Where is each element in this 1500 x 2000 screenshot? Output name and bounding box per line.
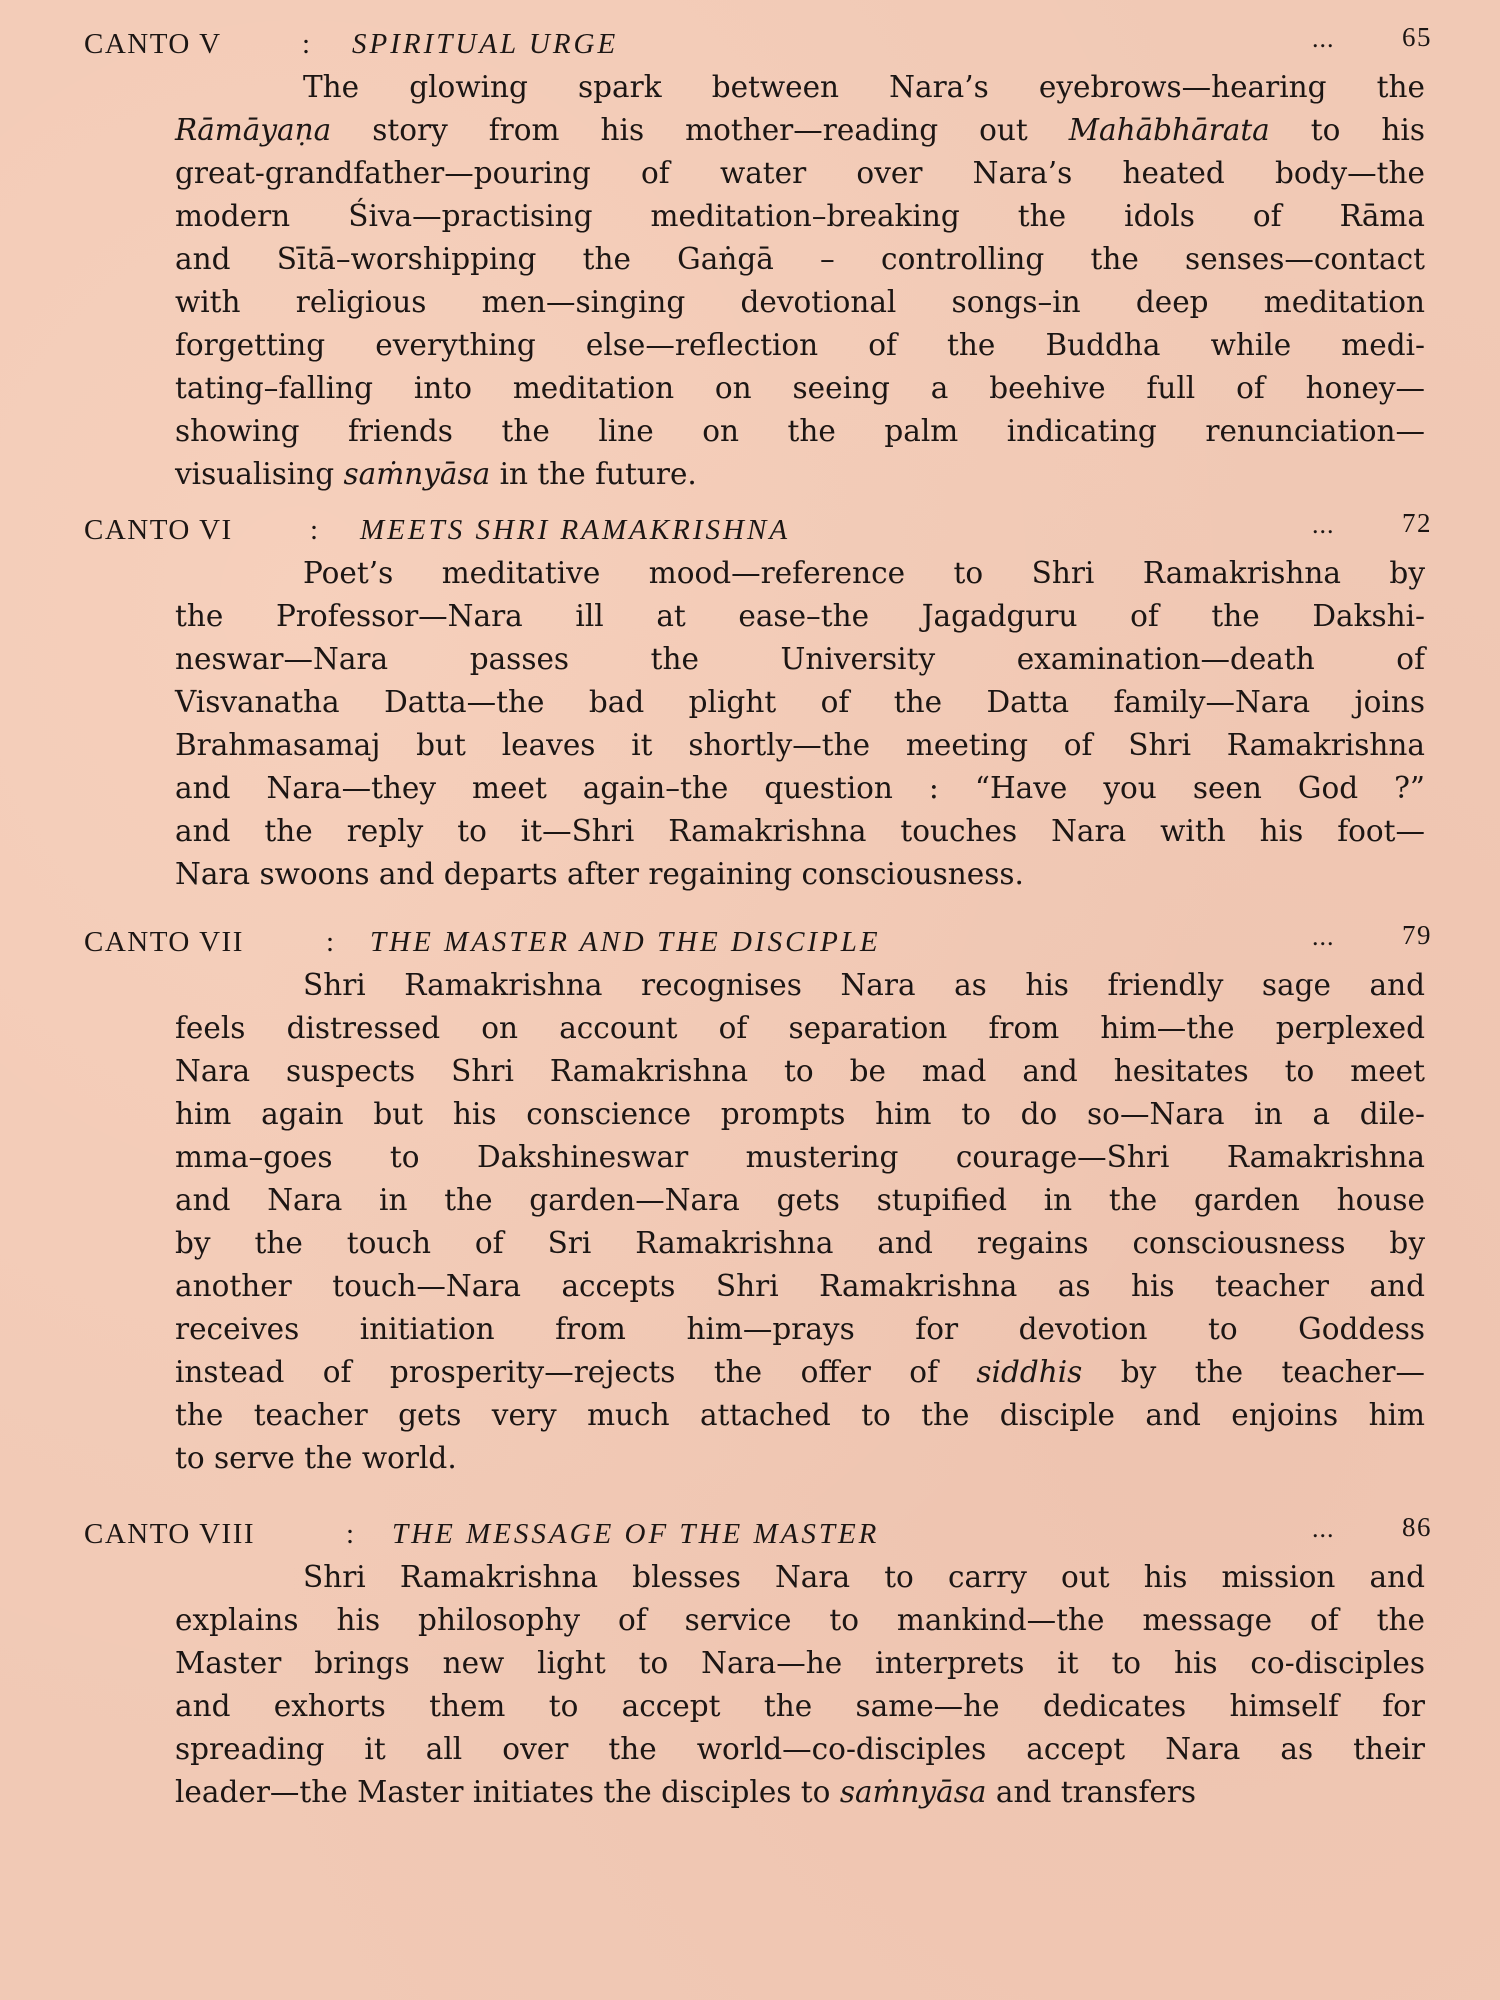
summary-line: and exhorts them to accept the same—he d… xyxy=(175,1685,1425,1728)
canto-title: THE MESSAGE OF THE MASTER xyxy=(392,1518,879,1551)
summary-line-text: and Nara in the garden—Nara gets stupifi… xyxy=(175,1179,1425,1222)
summary-line: Poet’s meditative mood—reference to Shri… xyxy=(175,552,1425,595)
text-segment: explains his philosophy of service to ma… xyxy=(175,1603,1425,1637)
summary-line-text: and Nara—they meet again–the question : … xyxy=(175,767,1425,810)
canto-separator: : xyxy=(346,1518,356,1551)
text-segment: spreading it all over the world—co-disci… xyxy=(175,1732,1425,1766)
summary-line-text: Master brings new light to Nara—he inter… xyxy=(175,1642,1425,1685)
summary-line-text: neswar—Nara passes the University examin… xyxy=(175,638,1425,681)
summary-line-text: Visvanatha Datta—the bad plight of the D… xyxy=(175,681,1425,724)
text-segment: by the touch of Sri Ramakrishna and rega… xyxy=(175,1226,1425,1260)
text-segment: feels distressed on account of separatio… xyxy=(175,1011,1425,1045)
book-page: CANTO V : SPIRITUAL URGE ... 65 The glow… xyxy=(0,0,1500,2000)
canto-separator: : xyxy=(302,28,312,61)
summary-line-text: and the reply to it—Shri Ramakrishna tou… xyxy=(175,810,1425,853)
summary-line-text: the Professor—Nara ill at ease–the Jagad… xyxy=(175,595,1425,638)
summary-line: Nara swoons and departs after regaining … xyxy=(175,853,1425,896)
summary-line-text: modern Śiva—practising meditation–breaki… xyxy=(175,195,1425,238)
summary-line-text: Nara suspects Shri Ramakrishna to be mad… xyxy=(175,1050,1425,1093)
summary-line: visualising saṁnyāsa in the future. xyxy=(175,453,1425,496)
dot-leader: ... xyxy=(1312,922,1335,952)
page-number: 72 xyxy=(1402,508,1432,539)
text-segment: instead of prosperity—rejects the offer … xyxy=(175,1355,976,1389)
canto-viii-section: CANTO VIII : THE MESSAGE OF THE MASTER .… xyxy=(0,1510,1500,1814)
canto-header: CANTO VI : MEETS SHRI RAMAKRISHNA ... 72 xyxy=(0,506,1500,550)
summary-line: him again but his conscience prompts him… xyxy=(175,1093,1425,1136)
canto-label: CANTO V xyxy=(84,28,222,61)
text-segment: and Sītā–worshipping the Gaṅgā – control… xyxy=(175,242,1425,276)
summary-line-text: Poet’s meditative mood—reference to Shri… xyxy=(303,552,1425,595)
text-segment: the Professor—Nara ill at ease–the Jagad… xyxy=(175,599,1425,633)
summary-line: with religious men—singing devotional so… xyxy=(175,281,1425,324)
canto-vii-section: CANTO VII : THE MASTER AND THE DISCIPLE … xyxy=(0,918,1500,1480)
text-segment: showing friends the line on the palm ind… xyxy=(175,414,1425,448)
summary-line: feels distressed on account of separatio… xyxy=(175,1007,1425,1050)
italic-term: siddhis xyxy=(976,1355,1082,1389)
summary-line: and Nara in the garden—Nara gets stupifi… xyxy=(175,1179,1425,1222)
text-segment: and exhorts them to accept the same—he d… xyxy=(175,1689,1425,1723)
dot-leader: ... xyxy=(1312,510,1335,540)
summary-line: neswar—Nara passes the University examin… xyxy=(175,638,1425,681)
text-segment: receives initiation from him—prays for d… xyxy=(175,1312,1425,1346)
page-number: 86 xyxy=(1402,1512,1432,1543)
italic-term: saṁnyāsa xyxy=(344,457,491,491)
summary-line: and Nara—they meet again–the question : … xyxy=(175,767,1425,810)
summary-line: tating–falling into meditation on seeing… xyxy=(175,367,1425,410)
summary-line-text: with religious men—singing devotional so… xyxy=(175,281,1425,324)
text-segment: in the future. xyxy=(490,457,697,491)
summary-line: modern Śiva—practising meditation–breaki… xyxy=(175,195,1425,238)
text-segment: Shri Ramakrishna recognises Nara as his … xyxy=(303,968,1425,1002)
summary-line: Shri Ramakrishna blesses Nara to carry o… xyxy=(175,1556,1425,1599)
text-segment: and Nara in the garden—Nara gets stupifi… xyxy=(175,1183,1425,1217)
summary-line: the Professor—Nara ill at ease–the Jagad… xyxy=(175,595,1425,638)
summary-line-text: visualising saṁnyāsa in the future. xyxy=(175,453,1425,496)
canto-vi-section: CANTO VI : MEETS SHRI RAMAKRISHNA ... 72… xyxy=(0,506,1500,896)
text-segment: and Nara—they meet again–the question : … xyxy=(175,771,1425,805)
italic-term: Mahābhārata xyxy=(1069,113,1270,147)
summary-line: to serve the world. xyxy=(175,1437,1425,1480)
text-segment: story from his mother—reading out xyxy=(331,113,1069,147)
summary-line: receives initiation from him—prays for d… xyxy=(175,1308,1425,1351)
canto-header: CANTO VIII : THE MESSAGE OF THE MASTER .… xyxy=(0,1510,1500,1554)
page-number: 65 xyxy=(1402,22,1432,53)
canto-summary: The glowing spark between Nara’s eyebrow… xyxy=(175,66,1425,496)
summary-line-text: Brahmasamaj but leaves it shortly—the me… xyxy=(175,724,1425,767)
summary-line-text: showing friends the line on the palm ind… xyxy=(175,410,1425,453)
summary-line-text: another touch—Nara accepts Shri Ramakris… xyxy=(175,1265,1425,1308)
summary-line-text: instead of prosperity—rejects the offer … xyxy=(175,1351,1425,1394)
summary-line-text: tating–falling into meditation on seeing… xyxy=(175,367,1425,410)
text-segment: great-grandfather—pouring of water over … xyxy=(175,156,1425,190)
canto-separator: : xyxy=(310,514,320,547)
summary-line-text: explains his philosophy of service to ma… xyxy=(175,1599,1425,1642)
summary-line-text: feels distressed on account of separatio… xyxy=(175,1007,1425,1050)
summary-line-text: Nara swoons and departs after regaining … xyxy=(175,853,1425,896)
summary-line-text: forgetting everything else—reflection of… xyxy=(175,324,1425,367)
text-segment: mma–goes to Dakshineswar mustering coura… xyxy=(175,1140,1425,1174)
text-segment: Master brings new light to Nara—he inter… xyxy=(175,1646,1425,1680)
text-segment: and the reply to it—Shri Ramakrishna tou… xyxy=(175,814,1425,848)
text-segment: forgetting everything else—reflection of… xyxy=(175,328,1425,362)
dot-leader: ... xyxy=(1312,1514,1335,1544)
canto-title: THE MASTER AND THE DISCIPLE xyxy=(370,926,881,959)
summary-line-text: receives initiation from him—prays for d… xyxy=(175,1308,1425,1351)
text-segment: visualising xyxy=(175,457,344,491)
italic-term: Rāmāyaṇa xyxy=(175,113,331,147)
summary-line-text: the teacher gets very much attached to t… xyxy=(175,1394,1425,1437)
summary-line-text: Rāmāyaṇa story from his mother—reading o… xyxy=(175,109,1425,152)
summary-line: and Sītā–worshipping the Gaṅgā – control… xyxy=(175,238,1425,281)
summary-line: Brahmasamaj but leaves it shortly—the me… xyxy=(175,724,1425,767)
canto-header: CANTO VII : THE MASTER AND THE DISCIPLE … xyxy=(0,918,1500,962)
summary-line-text: and exhorts them to accept the same—he d… xyxy=(175,1685,1425,1728)
summary-line: leader—the Master initiates the disciple… xyxy=(175,1771,1425,1814)
summary-line-text: to serve the world. xyxy=(175,1437,1425,1480)
summary-line: and the reply to it—Shri Ramakrishna tou… xyxy=(175,810,1425,853)
summary-line: another touch—Nara accepts Shri Ramakris… xyxy=(175,1265,1425,1308)
summary-line: The glowing spark between Nara’s eyebrow… xyxy=(175,66,1425,109)
canto-title: SPIRITUAL URGE xyxy=(352,28,618,61)
summary-line-text: The glowing spark between Nara’s eyebrow… xyxy=(303,66,1425,109)
summary-line: great-grandfather—pouring of water over … xyxy=(175,152,1425,195)
text-segment: Visvanatha Datta—the bad plight of the D… xyxy=(175,685,1425,719)
summary-line: forgetting everything else—reflection of… xyxy=(175,324,1425,367)
text-segment: neswar—Nara passes the University examin… xyxy=(175,642,1425,676)
canto-title: MEETS SHRI RAMAKRISHNA xyxy=(360,514,790,547)
summary-line: Shri Ramakrishna recognises Nara as his … xyxy=(175,964,1425,1007)
text-segment: another touch—Nara accepts Shri Ramakris… xyxy=(175,1269,1425,1303)
text-segment: Nara suspects Shri Ramakrishna to be mad… xyxy=(175,1054,1425,1088)
summary-line: Master brings new light to Nara—he inter… xyxy=(175,1642,1425,1685)
canto-summary: Poet’s meditative mood—reference to Shri… xyxy=(175,552,1425,896)
text-segment: by the teacher— xyxy=(1082,1355,1425,1389)
summary-line-text: and Sītā–worshipping the Gaṅgā – control… xyxy=(175,238,1425,281)
summary-line-text: by the touch of Sri Ramakrishna and rega… xyxy=(175,1222,1425,1265)
summary-line: explains his philosophy of service to ma… xyxy=(175,1599,1425,1642)
summary-line-text: spreading it all over the world—co-disci… xyxy=(175,1728,1425,1771)
summary-line-text: him again but his conscience prompts him… xyxy=(175,1093,1425,1136)
text-segment: leader—the Master initiates the disciple… xyxy=(175,1775,840,1809)
canto-separator: : xyxy=(326,926,336,959)
canto-label: CANTO VII xyxy=(84,926,244,959)
text-segment: to his xyxy=(1270,113,1425,147)
text-segment: The glowing spark between Nara’s eyebrow… xyxy=(303,70,1425,104)
text-segment: to serve the world. xyxy=(175,1441,457,1475)
text-segment: tating–falling into meditation on seeing… xyxy=(175,371,1425,405)
text-segment: him again but his conscience prompts him… xyxy=(175,1097,1425,1131)
summary-line-text: leader—the Master initiates the disciple… xyxy=(175,1771,1425,1814)
canto-header: CANTO V : SPIRITUAL URGE ... 65 xyxy=(0,20,1500,64)
summary-line: Visvanatha Datta—the bad plight of the D… xyxy=(175,681,1425,724)
canto-v-section: CANTO V : SPIRITUAL URGE ... 65 The glow… xyxy=(0,20,1500,496)
canto-summary: Shri Ramakrishna recognises Nara as his … xyxy=(175,964,1425,1480)
summary-line: showing friends the line on the palm ind… xyxy=(175,410,1425,453)
summary-line-text: mma–goes to Dakshineswar mustering coura… xyxy=(175,1136,1425,1179)
text-segment: Poet’s meditative mood—reference to Shri… xyxy=(303,556,1425,590)
summary-line: the teacher gets very much attached to t… xyxy=(175,1394,1425,1437)
summary-line-text: great-grandfather—pouring of water over … xyxy=(175,152,1425,195)
summary-line: mma–goes to Dakshineswar mustering coura… xyxy=(175,1136,1425,1179)
text-segment: with religious men—singing devotional so… xyxy=(175,285,1425,319)
text-segment: Nara swoons and departs after regaining … xyxy=(175,857,1024,891)
summary-line: Nara suspects Shri Ramakrishna to be mad… xyxy=(175,1050,1425,1093)
page-number: 79 xyxy=(1402,920,1432,951)
canto-label: CANTO VIII xyxy=(84,1518,255,1551)
summary-line-text: Shri Ramakrishna blesses Nara to carry o… xyxy=(303,1556,1425,1599)
text-segment: Brahmasamaj but leaves it shortly—the me… xyxy=(175,728,1425,762)
text-segment: Shri Ramakrishna blesses Nara to carry o… xyxy=(303,1560,1425,1594)
dot-leader: ... xyxy=(1312,24,1335,54)
summary-line: spreading it all over the world—co-disci… xyxy=(175,1728,1425,1771)
summary-line: by the touch of Sri Ramakrishna and rega… xyxy=(175,1222,1425,1265)
italic-term: saṁnyāsa xyxy=(840,1775,987,1809)
text-segment: the teacher gets very much attached to t… xyxy=(175,1398,1425,1432)
canto-summary: Shri Ramakrishna blesses Nara to carry o… xyxy=(175,1556,1425,1814)
summary-line: instead of prosperity—rejects the offer … xyxy=(175,1351,1425,1394)
canto-label: CANTO VI xyxy=(84,514,233,547)
summary-line: Rāmāyaṇa story from his mother—reading o… xyxy=(175,109,1425,152)
text-segment: and transfers xyxy=(987,1775,1197,1809)
text-segment: modern Śiva—practising meditation–breaki… xyxy=(175,199,1425,233)
summary-line-text: Shri Ramakrishna recognises Nara as his … xyxy=(303,964,1425,1007)
